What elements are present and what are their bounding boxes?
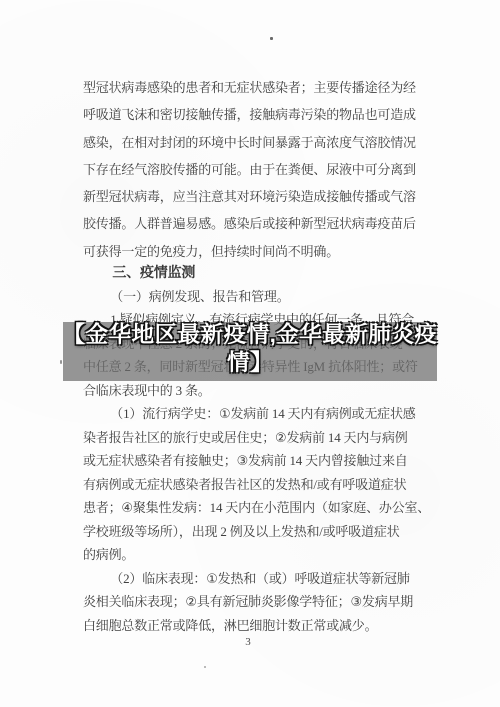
doc-line: 炎相关临床表现；②具有新冠肺炎影像学特征；③发病早期 [83, 590, 423, 614]
doc-line: 呼吸道飞沫和密切接触传播，接触病毒污染的物品也可造成 [83, 101, 423, 128]
doc-line: 感染，在相对封闭的环境中长时间暴露于高浓度气溶胶情况 [83, 129, 423, 156]
doc-line: 合临床表现中的 3 条。 [83, 379, 423, 403]
subsection-heading: （一）病例发现、报告和管理。 [83, 285, 423, 309]
scanned-document-page: 型冠状病毒感染的患者和无症状感染者；主要传播途径为经 呼吸道飞沫和密切接触传播，… [0, 0, 500, 707]
doc-line: 型冠状病毒感染的患者和无症状感染者；主要传播途径为经 [83, 74, 423, 101]
doc-line: 白细胞总数正常或降低，淋巴细胞计数正常或减少。 [83, 614, 423, 638]
page-number: 3 [0, 636, 496, 648]
doc-line: 患者；④聚集性发病：14 天内在小范围内（如家庭、办公室、 [83, 496, 423, 520]
doc-line: 染者报告社区的旅行史或居住史；②发病前 14 天内与病例 [83, 426, 423, 450]
doc-line: 的病例。 [83, 543, 423, 567]
doc-line: 学校班级等场所），出现 2 例及以上发热和/或呼吸道症状 [83, 520, 423, 544]
doc-line: 或无症状感染者有接触史；③发病前 14 天内曾接触过来自 [83, 449, 423, 473]
section-epidemic-monitoring: 三、疫情监测 （一）病例发现、报告和管理。 1.疑似病例定义。有流行病学史中的任… [83, 261, 423, 637]
doc-line: 新型冠状病毒，应当注意其对环境污染造成接触传播或气溶 [83, 183, 423, 210]
caption-title-line2: 情】 [0, 349, 500, 377]
caption-title: 【金华地区最新疫情,金华最新肺炎疫 情】 [0, 321, 500, 376]
scan-speck [270, 37, 273, 40]
scan-speck [60, 360, 62, 364]
doc-line: （1）流行病学史：①发病前 14 天内有病例或无症状感 [83, 402, 423, 426]
doc-line: （2）临床表现：①发热和（或）呼吸道症状等新冠肺 [83, 567, 423, 591]
section-heading: 三、疫情监测 [83, 261, 423, 285]
caption-title-line1: 【金华地区最新疫情,金华最新肺炎疫 [0, 321, 500, 349]
intro-paragraph: 型冠状病毒感染的患者和无症状感染者；主要传播途径为经 呼吸道飞沫和密切接触传播，… [83, 74, 423, 265]
doc-line: 胶传播。人群普遍易感。感染后或接种新型冠状病毒疫苗后 [83, 210, 423, 237]
doc-line: 有病例或无症状感染者报告社区的发热和/或有呼吸道症状 [83, 473, 423, 497]
doc-line: 下存在经气溶胶传播的可能。由于在粪便、尿液中可分离到 [83, 156, 423, 183]
scan-speck [204, 666, 206, 668]
